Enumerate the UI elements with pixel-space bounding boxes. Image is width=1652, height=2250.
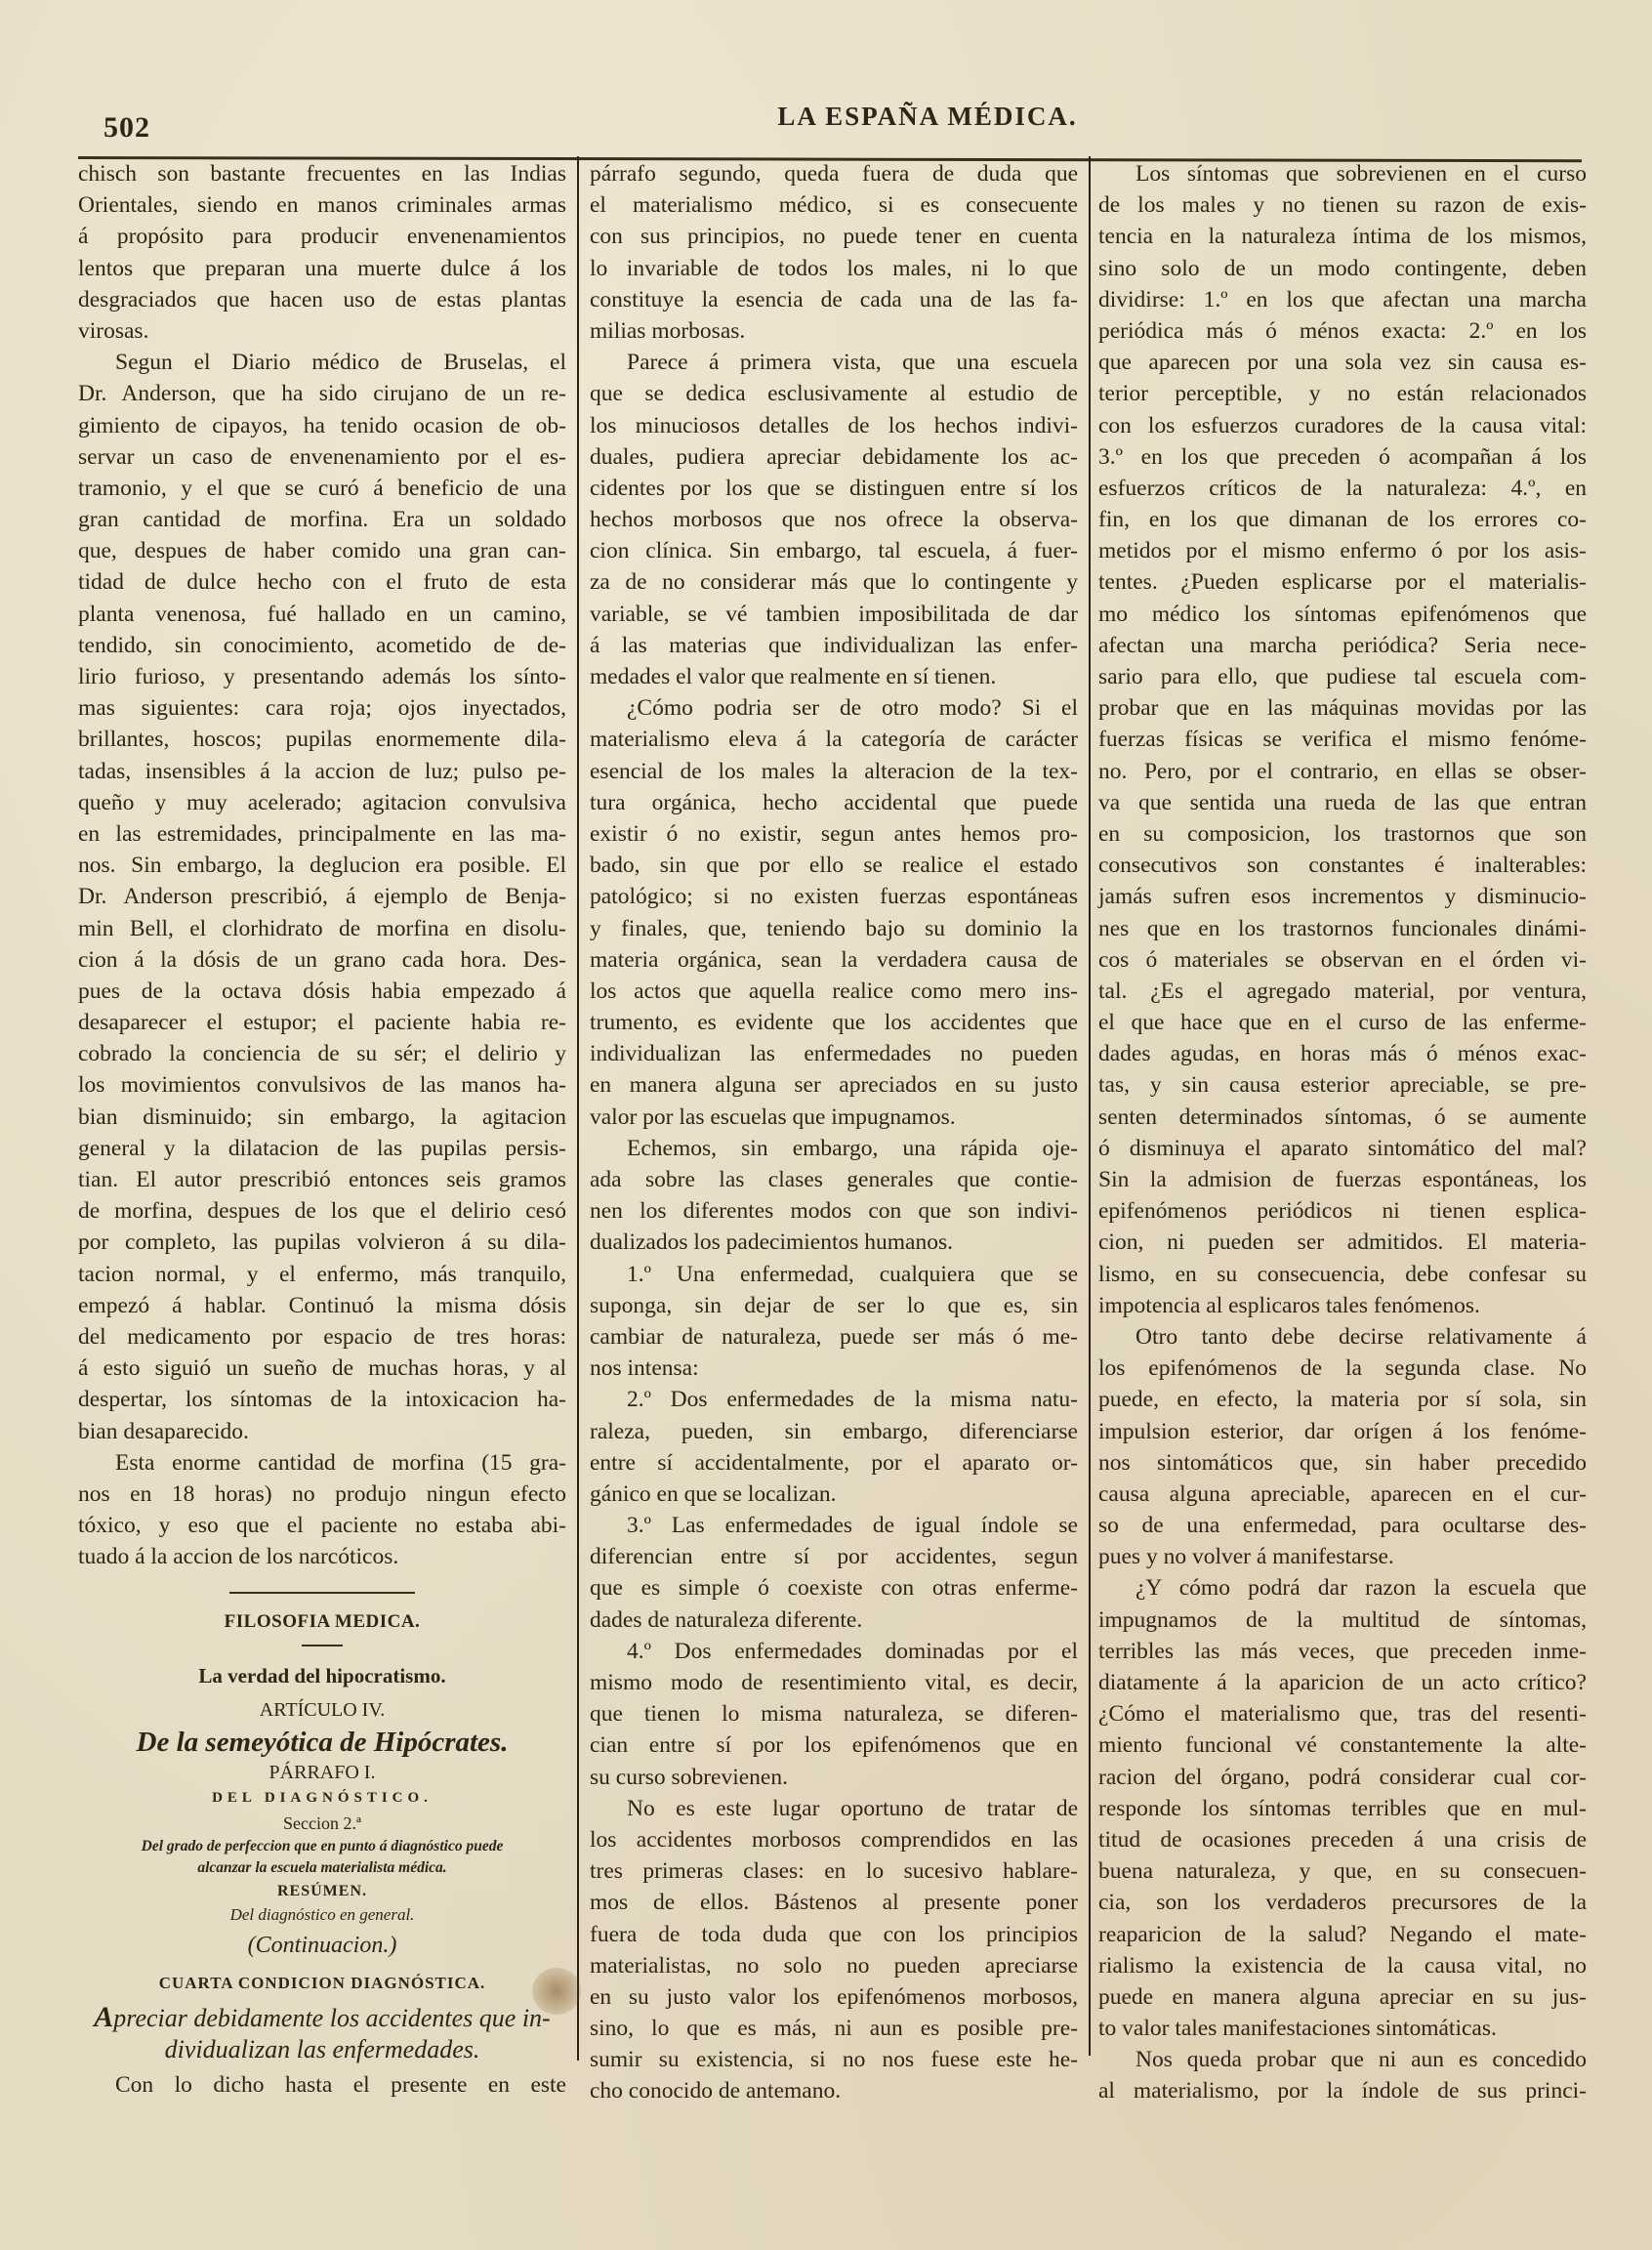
section-title: FILOSOFIA MEDICA. xyxy=(78,1607,566,1637)
text-line: Parece á primera vista, que una escuela xyxy=(590,347,1078,378)
text-line: cos ó materiales se observan en el órden… xyxy=(1098,944,1587,976)
text-line: jamás sufren esos incrementos y disminuc… xyxy=(1098,881,1587,912)
text-line: impotencia al esplicaros tales fenómenos… xyxy=(1098,1290,1587,1321)
text-line: 3.º Las enfermedades de igual índole se xyxy=(590,1510,1078,1541)
text-line: con sus principios, no puede tener en cu… xyxy=(590,221,1078,252)
text-line: tres primeras clases: en lo sucesivo hab… xyxy=(590,1855,1078,1887)
text-line: de morfina, despues de los que el deliri… xyxy=(78,1195,566,1227)
text-line: cian entre sí por los epifenómenos que e… xyxy=(590,1729,1078,1761)
text-line: va que sentida una rueda de las que entr… xyxy=(1098,787,1587,818)
paragraph: 4.º Dos enfermedades dominadas por elmis… xyxy=(590,1636,1078,1793)
text-line: tentes. ¿Pueden esplicarse por el materi… xyxy=(1098,566,1587,598)
text-line: á esto siguió un sueño de muchas horas, … xyxy=(78,1353,566,1384)
text-line: probar que en las máquinas movidas por l… xyxy=(1098,692,1587,724)
text-line: nos intensa: xyxy=(590,1353,1078,1384)
text-line: nos en 18 horas) no produjo ningun efect… xyxy=(78,1479,566,1510)
column-rule-2 xyxy=(1089,156,1091,2056)
text-line: duales, pudiera apreciar debidamente los… xyxy=(590,441,1078,473)
text-line: sino, lo que es más, ni aun es posible p… xyxy=(590,2013,1078,2044)
paragraph: ¿Cómo podria ser de otro modo? Si elmate… xyxy=(590,692,1078,1133)
text-line: 3.º en los que preceden ó acompañan á lo… xyxy=(1098,441,1587,473)
text-line: nos. Sin embargo, la deglucion era posib… xyxy=(78,850,566,881)
text-line: Dr. Anderson prescribió, á ejemplo de Be… xyxy=(78,881,566,912)
text-line: cion clínica. Sin embargo, tal escuela, … xyxy=(590,535,1078,566)
text-line: to valor tales manifestaciones sintomáti… xyxy=(1098,2013,1587,2044)
text-line: hechos morbosos que nos ofrece la observ… xyxy=(590,504,1078,535)
text-line: cion, ni pueden ser admitidos. El materi… xyxy=(1098,1227,1587,1258)
text-line: trumento, es evidente que los accidentes… xyxy=(590,1007,1078,1038)
text-line: racion del órgano, podrá considerar cual… xyxy=(1098,1762,1587,1793)
series-title: La verdad del hipocratismo. xyxy=(78,1656,566,1695)
text-line: Orientales, siendo en manos criminales a… xyxy=(78,189,566,221)
text-line: puede, en efecto, la materia por sí sola… xyxy=(1098,1384,1587,1415)
text-line: ¿Cómo el materialismo que, tras del rese… xyxy=(1098,1698,1587,1729)
paragraph: Parece á primera vista, que una escuelaq… xyxy=(590,347,1078,692)
text-line: suponga, sin dejar de ser lo que es, sin xyxy=(590,1290,1078,1321)
text-line: puede en manera alguna apreciar en su ju… xyxy=(1098,1981,1587,2013)
text-line: cambiar de naturaleza, puede ser más ó m… xyxy=(590,1321,1078,1353)
paragraph: No es este lugar oportuno de tratar delo… xyxy=(590,1793,1078,2107)
text-line: afectan una marcha periódica? Seria nece… xyxy=(1098,630,1587,661)
text-line: queño y muy acelerado; agitacion convuls… xyxy=(78,787,566,818)
text-line: nos sintomáticos que, sin haber precedid… xyxy=(1098,1447,1587,1479)
col1-paragraph-a: chisch son bastante frecuentes en las In… xyxy=(78,158,566,347)
text-line: consecutivos son constantes é inalterabl… xyxy=(1098,850,1587,881)
text-line: constituye la esencia de cada una de las… xyxy=(590,284,1078,315)
paragraph: Otro tanto debe decirse relativamente ál… xyxy=(1098,1321,1587,1573)
text-line: bian disminuido; sin embargo, la agitaci… xyxy=(78,1102,566,1133)
text-line: gran cantidad de morfina. Era un soldado xyxy=(78,504,566,535)
text-line: el que hace que en el curso de las enfer… xyxy=(1098,1007,1587,1038)
text-line: su curso sobrevienen. xyxy=(590,1762,1078,1793)
column-rule-1 xyxy=(577,156,579,2061)
text-line: buena naturaleza, y que, en su consecuen… xyxy=(1098,1855,1587,1887)
text-line: que aparecen por una sola vez sin causa … xyxy=(1098,347,1587,378)
page-number: 502 xyxy=(103,111,150,145)
text-line: mo médico los síntomas epifenómenos que xyxy=(1098,599,1587,630)
text-line: lentos que preparan una muerte dulce á l… xyxy=(78,253,566,284)
text-line: cion á la dósis de un grano cada hora. D… xyxy=(78,944,566,976)
text-line: en manera alguna ser apreciados en su ju… xyxy=(590,1069,1078,1101)
column-1: chisch son bastante frecuentes en las In… xyxy=(78,158,566,2102)
text-line: ada sobre las clases generales que conti… xyxy=(590,1164,1078,1195)
text-line: tóxico, y eso que el paciente no estaba … xyxy=(78,1510,566,1541)
text-line: en su composicion, los trastornos que so… xyxy=(1098,818,1587,850)
text-line: existir ó no existir, segun antes hemos … xyxy=(590,818,1078,850)
drop-cap: A xyxy=(94,2001,113,2033)
text-line: lismo, en su consecuencia, debe confesar… xyxy=(1098,1259,1587,1290)
text-line: lo invariable de todos los males, ni lo … xyxy=(590,253,1078,284)
text-line: que se dedica esclusivamente al estudio … xyxy=(590,378,1078,409)
paragraph: 3.º Las enfermedades de igual índole sed… xyxy=(590,1510,1078,1636)
text-line: diatamente á la aparicion de un acto crí… xyxy=(1098,1667,1587,1698)
text-line: tas, y sin causa esterior apreciable, se… xyxy=(1098,1069,1587,1101)
text-line: tal. ¿Es el agregado material, por ventu… xyxy=(1098,976,1587,1007)
paragraph: 2.º Dos enfermedades de la misma natu-ra… xyxy=(590,1384,1078,1510)
text-line: tuado á la accion de los narcóticos. xyxy=(78,1541,566,1572)
text-line: No es este lugar oportuno de tratar de xyxy=(590,1793,1078,1824)
text-line: bado, sin que por ello se realice el est… xyxy=(590,850,1078,881)
summary-text: Del diagnóstico en general. xyxy=(78,1904,566,1926)
text-line: tura orgánica, hecho accidental que pued… xyxy=(590,787,1078,818)
text-line: titud de ocasiones preceden á una crisis… xyxy=(1098,1824,1587,1855)
text-line: planta venenosa, fué hallado en un camin… xyxy=(78,599,566,630)
text-line: bian desaparecido. xyxy=(78,1416,566,1447)
text-line: despertar, los síntomas de la intoxicaci… xyxy=(78,1384,566,1415)
text-line: párrafo segundo, queda fuera de duda que xyxy=(590,158,1078,189)
paragraph-label: PÁRRAFO I. xyxy=(78,1760,566,1785)
text-line: individualizan las enfermedades no puede… xyxy=(590,1038,1078,1069)
text-line: nen los diferentes modos con que son ind… xyxy=(590,1195,1078,1227)
text-line: pues de la octava dósis habia empezado á xyxy=(78,976,566,1007)
text-line: gimiento de cipayos, ha tenido ocasion d… xyxy=(78,410,566,441)
paragraph: 1.º Una enfermedad, cualquiera que sesup… xyxy=(590,1259,1078,1385)
text-line: y finales, que, teniendo bajo su dominio… xyxy=(590,913,1078,944)
text-line: chisch son bastante frecuentes en las In… xyxy=(78,158,566,189)
text-line: reaparicion de la salud? Negando el mate… xyxy=(1098,1919,1587,1950)
section-separator xyxy=(229,1592,415,1594)
text-line: dades de naturaleza diferente. xyxy=(590,1604,1078,1636)
text-line: en las estremidades, principalmente en l… xyxy=(78,818,566,850)
text-line: sumir su existencia, si no nos fuese est… xyxy=(590,2044,1078,2075)
section-number: Seccion 2.ª xyxy=(78,1811,566,1836)
text-line: tramonio, y el que se curó á beneficio d… xyxy=(78,473,566,504)
text-line: causa alguna apreciable, aparecen en el … xyxy=(1098,1479,1587,1510)
text-line: materialismo eleva á la categoría de car… xyxy=(590,724,1078,755)
text-line: senten determinados síntomas, ó se aumen… xyxy=(1098,1102,1587,1133)
text-line: nes que en los trastornos funcionales di… xyxy=(1098,913,1587,944)
text-line: tencia en la naturaleza íntima de los mi… xyxy=(1098,221,1587,252)
text-line: metidos por el mismo enfermo ó por los a… xyxy=(1098,535,1587,566)
text-line: cobrado la conciencia de su sér; el deli… xyxy=(78,1038,566,1069)
summary-label: RESÚMEN. xyxy=(78,1879,566,1904)
text-line: za de no considerar más que lo contingen… xyxy=(590,566,1078,598)
text-line: en su justo valor los epifenómenos morbo… xyxy=(590,1981,1078,2013)
text-line: al materialismo, por la índole de sus pr… xyxy=(1098,2075,1587,2106)
text-line: que tienen lo misma naturaleza, se difer… xyxy=(590,1698,1078,1729)
text-line: sario para ello, que pudiese tal escuela… xyxy=(1098,661,1587,692)
text-line: 4.º Dos enfermedades dominadas por el xyxy=(590,1636,1078,1667)
text-line: dualizados los padecimientos humanos. xyxy=(590,1227,1078,1258)
text-line: miento funcional vé constantemente la al… xyxy=(1098,1729,1587,1761)
col1-paragraph-b: Segun el Diario médico de Bruselas, elDr… xyxy=(78,347,566,1447)
text-line: que, despues de haber comido una gran ca… xyxy=(78,535,566,566)
text-line: tian. El autor prescribió entonces seis … xyxy=(78,1164,566,1195)
text-line: so de una enfermedad, para ocultarse des… xyxy=(1098,1510,1587,1541)
text-line: terior perceptible, y no están relaciona… xyxy=(1098,378,1587,409)
text-line: impulsion esterior, dar orígen á los fen… xyxy=(1098,1416,1587,1447)
text-line: Los síntomas que sobrevienen en el curso xyxy=(1098,158,1587,189)
text-line: Esta enorme cantidad de morfina (15 gra- xyxy=(78,1447,566,1479)
running-head: LA ESPAÑA MÉDICA. xyxy=(683,102,1172,132)
paragraph: Nos queda probar que ni aun es concedido… xyxy=(1098,2044,1587,2106)
text-line: servar un caso de envenenamiento por el … xyxy=(78,441,566,473)
text-line: general y la dilatacion de las pupilas p… xyxy=(78,1133,566,1164)
text-line: fuera de toda duda que con los principio… xyxy=(590,1919,1078,1950)
text-line: los epifenómenos de la segunda clase. No xyxy=(1098,1353,1587,1384)
text-line: 2.º Dos enfermedades de la misma natu- xyxy=(590,1384,1078,1415)
text-line: á las materias que individualizan las en… xyxy=(590,630,1078,661)
text-line: 1.º Una enfermedad, cualquiera que se xyxy=(590,1259,1078,1290)
text-line: Nos queda probar que ni aun es concedido xyxy=(1098,2044,1587,2075)
text-line: Dr. Anderson, que ha sido cirujano de un… xyxy=(78,378,566,409)
text-line: el materialismo médico, si es consecuent… xyxy=(590,189,1078,221)
paragraph: Echemos, sin embargo, una rápida oje-ada… xyxy=(590,1133,1078,1259)
text-line: materialistas, no solo no pueden aprecia… xyxy=(590,1950,1078,1981)
text-line: esencial de los males la alteracion de l… xyxy=(590,756,1078,787)
text-line: terribles las más veces, que preceden in… xyxy=(1098,1636,1587,1667)
column-3: Los síntomas que sobrevienen en el curso… xyxy=(1098,158,1587,2107)
subject-label: DEL DIAGNÓSTICO. xyxy=(78,1785,566,1811)
text-line: Otro tanto debe decirse relativamente á xyxy=(1098,1321,1587,1353)
text-line: desgraciados que hacen uso de estas plan… xyxy=(78,284,566,315)
text-line: valor por las escuelas que impugnamos. xyxy=(590,1102,1078,1133)
text-line: lirio furioso, y presentando además los … xyxy=(78,661,566,692)
text-line: gánico en que se localizan. xyxy=(590,1479,1078,1510)
text-line: epifenómenos periódicos ni tienen esplic… xyxy=(1098,1195,1587,1227)
text-line: dividirse: 1.º en los que afectan una ma… xyxy=(1098,284,1587,315)
text-line: mos de ellos. Bástenos al presente poner xyxy=(590,1887,1078,1918)
text-line: fin, en los que dimanan de los errores c… xyxy=(1098,504,1587,535)
text-line: tadas, insensibles á la accion de luz; p… xyxy=(78,756,566,787)
text-line: milias morbosas. xyxy=(590,315,1078,347)
paragraph: ¿Y cómo podrá dar razon la escuela queim… xyxy=(1098,1572,1587,2044)
lead-statement-line-1: Apreciar debidamente los accidentes que … xyxy=(78,2002,566,2034)
paragraph: Los síntomas que sobrevienen en el curso… xyxy=(1098,158,1587,1321)
text-line: fuerzas físicas se verifica el mismo fen… xyxy=(1098,724,1587,755)
text-line: raleza, pueden, sin embargo, diferenciar… xyxy=(590,1416,1078,1447)
text-line: pues y no volver á manifestarse. xyxy=(1098,1541,1587,1572)
text-line: impugnamos de la multitud de síntomas, xyxy=(1098,1604,1587,1636)
paragraph: párrafo segundo, queda fuera de duda que… xyxy=(590,158,1078,347)
text-line: periódica más ó ménos exacta: 2.º en los xyxy=(1098,315,1587,347)
text-line: rialismo la existencia de la causa vital… xyxy=(1098,1950,1587,1981)
text-line: los minuciosos detalles de los hechos in… xyxy=(590,410,1078,441)
text-line: desaparecer el estupor; el paciente habi… xyxy=(78,1007,566,1038)
lead-statement-line-2: dividualizan las enfermedades. xyxy=(78,2034,566,2065)
text-line: no. Pero, por el contrario, en ellas se … xyxy=(1098,756,1587,787)
condition-heading: CUARTA CONDICION DIAGNÓSTICA. xyxy=(78,1965,566,2002)
text-line: mas siguientes: cara roja; ojos inyectad… xyxy=(78,692,566,724)
text-line: cia, son los verdaderos precursores de l… xyxy=(1098,1887,1587,1918)
text-line: responde los síntomas terribles que en m… xyxy=(1098,1793,1587,1824)
text-line: Sin la admision de fuerzas espontáneas, … xyxy=(1098,1164,1587,1195)
text-line: los movimientos convulsivos de las manos… xyxy=(78,1069,566,1101)
col1-paragraph-d: Con lo dicho hasta el presente en este xyxy=(78,2069,566,2101)
text-line: de los males y no tienen su razon de exi… xyxy=(1098,189,1587,221)
text-line: los accidentes morbosos comprendidos en … xyxy=(590,1824,1078,1855)
text-line: brillantes, hoscos; pupilas enormemente … xyxy=(78,724,566,755)
text-line: cidentes por los que se distinguen entre… xyxy=(590,473,1078,504)
text-line: del medicamento por espacio de tres hora… xyxy=(78,1321,566,1353)
text-line: variable, se vé tambien imposibilitada d… xyxy=(590,599,1078,630)
text-line: tidad de dulce hecho con el fruto de est… xyxy=(78,566,566,598)
col1-paragraph-c: Esta enorme cantidad de morfina (15 gra-… xyxy=(78,1447,566,1573)
text-line: ¿Y cómo podrá dar razon la escuela que xyxy=(1098,1572,1587,1604)
text-line: tacion normal, y el enfermo, más tranqui… xyxy=(78,1259,566,1290)
article-number: ARTÍCULO IV. xyxy=(78,1695,566,1725)
text-line: virosas. xyxy=(78,315,566,347)
short-rule xyxy=(302,1645,343,1646)
text-line: mismo modo de resentimiento vital, es de… xyxy=(590,1667,1078,1698)
article-heading: FILOSOFIA MEDICA. La verdad del hipocrat… xyxy=(78,1607,566,2065)
text-line: sino solo de un modo contingente, deben xyxy=(1098,253,1587,284)
article-title: De la semeyótica de Hipócrates. xyxy=(78,1725,566,1760)
text-line: por completo, las pupilas volvieron á su… xyxy=(78,1227,566,1258)
text-line: los actos que aquella realice como mero … xyxy=(590,976,1078,1007)
text-line: min Bell, el clorhidrato de morfina en d… xyxy=(78,913,566,944)
text-line: patológico; si no existen fuerzas espont… xyxy=(590,881,1078,912)
text-line: materia orgánica, sean la verdadera caus… xyxy=(590,944,1078,976)
text-line: ¿Cómo podria ser de otro modo? Si el xyxy=(590,692,1078,724)
text-line: tendido, sin conocimiento, acometido de … xyxy=(78,630,566,661)
text-line: entre sí accidentalmente, por el aparato… xyxy=(590,1447,1078,1479)
text-line: que es simple ó coexiste con otras enfer… xyxy=(590,1572,1078,1604)
section-subtitle-line-2: alcanzar la escuela materialista médica. xyxy=(78,1857,566,1879)
text-line: ó disminuya el aparato sintomático del m… xyxy=(1098,1133,1587,1164)
text-line: empezó á hablar. Continuó la misma dósis xyxy=(78,1290,566,1321)
text-line: diferencian entre sí por accidentes, seg… xyxy=(590,1541,1078,1572)
continuation-label: (Continuacion.) xyxy=(78,1926,566,1965)
text-line: esfuerzos críticos de la naturaleza: 4.º… xyxy=(1098,473,1587,504)
text-line: medades el valor que realmente en sí tie… xyxy=(590,661,1078,692)
text-line: Echemos, sin embargo, una rápida oje- xyxy=(590,1133,1078,1164)
text-line: Segun el Diario médico de Bruselas, el xyxy=(78,347,566,378)
text-line: dades agudas, en horas más ó ménos exac- xyxy=(1098,1038,1587,1069)
column-2: párrafo segundo, queda fuera de duda que… xyxy=(590,158,1078,2107)
newspaper-page: 502 LA ESPAÑA MÉDICA. chisch son bastant… xyxy=(0,0,1652,2250)
text-line: con los esfuerzos curadores de la causa … xyxy=(1098,410,1587,441)
text-line: Con lo dicho hasta el presente en este xyxy=(78,2069,566,2101)
text-line: á propósito para producir envenenamiento… xyxy=(78,221,566,252)
section-subtitle-line-1: Del grado de perfeccion que en punto á d… xyxy=(78,1836,566,1857)
text-line: cho conocido de antemano. xyxy=(590,2075,1078,2106)
